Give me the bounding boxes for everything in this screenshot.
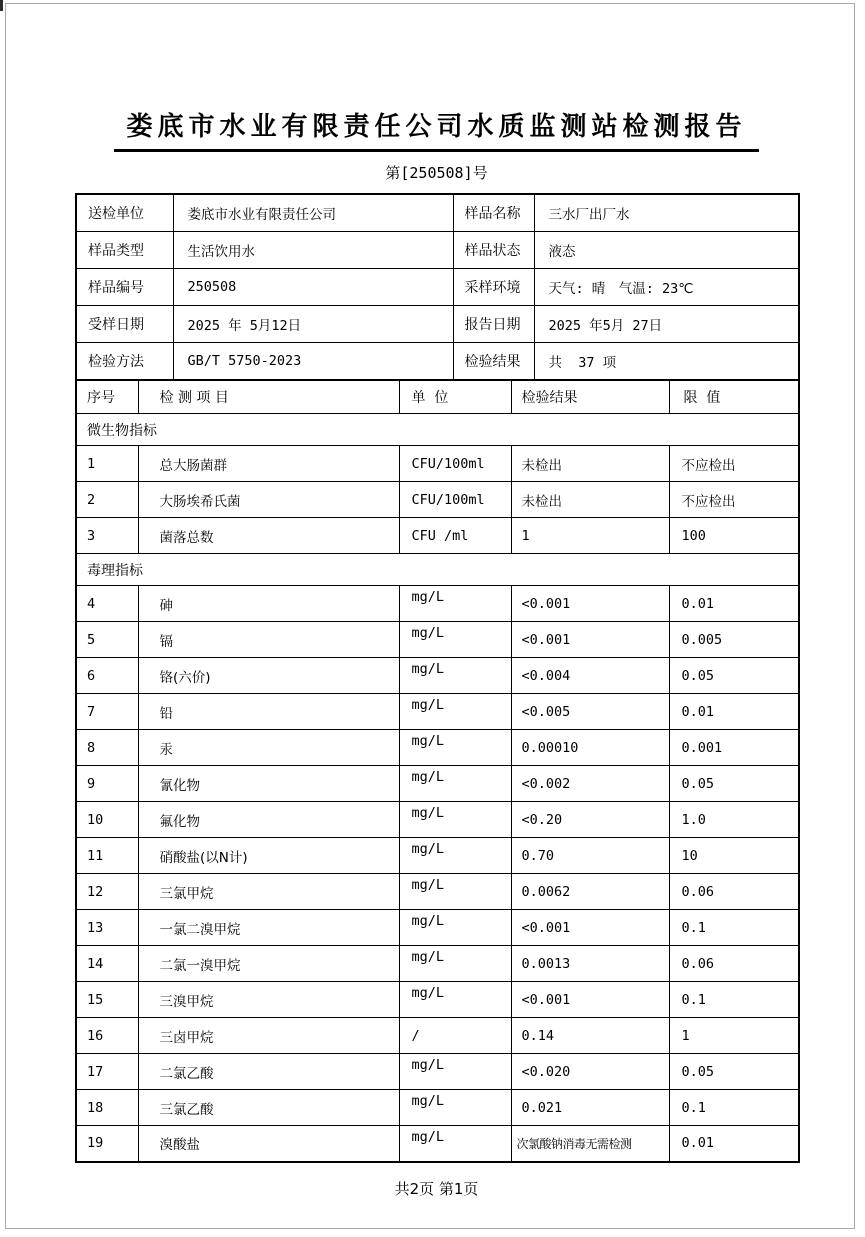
cell-result: 未检出 bbox=[511, 482, 669, 518]
result-row: 12三氯甲烷mg/L0.00620.06 bbox=[76, 874, 799, 910]
cell-limit: 0.001 bbox=[669, 730, 799, 766]
info-value: 液态 bbox=[534, 232, 799, 269]
section-label: 微生物指标 bbox=[76, 414, 799, 446]
cell-limit: 0.05 bbox=[669, 766, 799, 802]
cell-no: 15 bbox=[76, 982, 138, 1018]
info-value: 娄底市水业有限责任公司 bbox=[173, 194, 453, 232]
info-value: GB/T 5750-2023 bbox=[173, 343, 453, 381]
cell-unit: mg/L bbox=[399, 802, 511, 838]
cell-item: 氰化物 bbox=[138, 766, 399, 802]
cell-no: 7 bbox=[76, 694, 138, 730]
result-row: 2大肠埃希氏菌CFU/100ml未检出不应检出 bbox=[76, 482, 799, 518]
cell-no: 13 bbox=[76, 910, 138, 946]
info-value: 2025 年5月 27日 bbox=[534, 306, 799, 343]
result-row: 9氰化物mg/L<0.0020.05 bbox=[76, 766, 799, 802]
page-footer: 共2页 第1页 bbox=[75, 1178, 798, 1199]
cell-item: 三氯甲烷 bbox=[138, 874, 399, 910]
cell-item: 镉 bbox=[138, 622, 399, 658]
info-label: 报告日期 bbox=[453, 306, 534, 343]
info-label: 采样环境 bbox=[453, 269, 534, 306]
cell-unit: mg/L bbox=[399, 622, 511, 658]
cell-result: <0.001 bbox=[511, 586, 669, 622]
cell-limit: 0.05 bbox=[669, 658, 799, 694]
header-no: 序号 bbox=[76, 380, 138, 414]
info-label: 受样日期 bbox=[76, 306, 173, 343]
cell-unit: CFU /ml bbox=[399, 518, 511, 554]
info-label: 检验结果 bbox=[453, 343, 534, 381]
cell-unit: / bbox=[399, 1018, 511, 1054]
cell-unit: mg/L bbox=[399, 1126, 511, 1162]
result-row: 1总大肠菌群CFU/100ml未检出不应检出 bbox=[76, 446, 799, 482]
cell-limit: 10 bbox=[669, 838, 799, 874]
cell-unit: mg/L bbox=[399, 1090, 511, 1126]
cell-unit: mg/L bbox=[399, 838, 511, 874]
cell-unit: mg/L bbox=[399, 874, 511, 910]
cell-item: 汞 bbox=[138, 730, 399, 766]
results-header: 序号 检 测 项 目 单 位 检验结果 限 值 bbox=[76, 380, 799, 414]
info-row: 送检单位娄底市水业有限责任公司样品名称三水厂出厂水 bbox=[76, 194, 799, 232]
cell-no: 4 bbox=[76, 586, 138, 622]
info-value: 2025 年 5月12日 bbox=[173, 306, 453, 343]
results-table: 序号 检 测 项 目 单 位 检验结果 限 值 微生物指标1总大肠菌群CFU/1… bbox=[75, 379, 800, 1163]
cell-item: 硝酸盐(以N计) bbox=[138, 838, 399, 874]
cell-unit: CFU/100ml bbox=[399, 446, 511, 482]
cell-item: 溴酸盐 bbox=[138, 1126, 399, 1162]
info-row: 受样日期2025 年 5月12日报告日期2025 年5月 27日 bbox=[76, 306, 799, 343]
result-row: 8汞mg/L0.000100.001 bbox=[76, 730, 799, 766]
cell-result: 0.0062 bbox=[511, 874, 669, 910]
cell-item: 一氯二溴甲烷 bbox=[138, 910, 399, 946]
cell-no: 14 bbox=[76, 946, 138, 982]
cell-limit: 1 bbox=[669, 1018, 799, 1054]
cell-limit: 1.0 bbox=[669, 802, 799, 838]
info-row: 样品类型生活饮用水样品状态液态 bbox=[76, 232, 799, 269]
cell-limit: 0.005 bbox=[669, 622, 799, 658]
cell-item: 二氯一溴甲烷 bbox=[138, 946, 399, 982]
header-item: 检 测 项 目 bbox=[138, 380, 399, 414]
cell-limit: 0.01 bbox=[669, 1126, 799, 1162]
cell-unit: mg/L bbox=[399, 766, 511, 802]
cell-unit: mg/L bbox=[399, 910, 511, 946]
result-row: 15三溴甲烷mg/L<0.0010.1 bbox=[76, 982, 799, 1018]
cell-item: 总大肠菌群 bbox=[138, 446, 399, 482]
result-row: 19溴酸盐mg/L次氯酸钠消毒无需检测0.01 bbox=[76, 1126, 799, 1162]
info-value: 天气: 晴 气温: 23℃ bbox=[534, 269, 799, 306]
cell-limit: 0.01 bbox=[669, 586, 799, 622]
cell-limit: 不应检出 bbox=[669, 446, 799, 482]
cell-no: 8 bbox=[76, 730, 138, 766]
sample-info-body: 送检单位娄底市水业有限责任公司样品名称三水厂出厂水样品类型生活饮用水样品状态液态… bbox=[76, 194, 799, 380]
cell-item: 三氯乙酸 bbox=[138, 1090, 399, 1126]
cell-result: 0.00010 bbox=[511, 730, 669, 766]
cell-result: 0.70 bbox=[511, 838, 669, 874]
cell-limit: 0.1 bbox=[669, 1090, 799, 1126]
cell-result: 未检出 bbox=[511, 446, 669, 482]
cell-unit: mg/L bbox=[399, 586, 511, 622]
cell-result: 次氯酸钠消毒无需检测 bbox=[511, 1126, 669, 1162]
cell-no: 3 bbox=[76, 518, 138, 554]
cell-result: 0.0013 bbox=[511, 946, 669, 982]
cell-result: <0.004 bbox=[511, 658, 669, 694]
cell-no: 18 bbox=[76, 1090, 138, 1126]
cell-limit: 0.05 bbox=[669, 1054, 799, 1090]
info-label: 样品类型 bbox=[76, 232, 173, 269]
cell-limit: 0.01 bbox=[669, 694, 799, 730]
result-row: 7铅mg/L<0.0050.01 bbox=[76, 694, 799, 730]
cell-unit: mg/L bbox=[399, 982, 511, 1018]
cell-result: <0.20 bbox=[511, 802, 669, 838]
cell-unit: mg/L bbox=[399, 658, 511, 694]
cell-item: 砷 bbox=[138, 586, 399, 622]
cell-unit: mg/L bbox=[399, 1054, 511, 1090]
header-result: 检验结果 bbox=[511, 380, 669, 414]
info-value: 共 37 项 bbox=[534, 343, 799, 381]
result-row: 11硝酸盐(以N计)mg/L0.7010 bbox=[76, 838, 799, 874]
result-row: 3菌落总数CFU /ml1100 bbox=[76, 518, 799, 554]
cell-no: 10 bbox=[76, 802, 138, 838]
result-row: 6铬(六价)mg/L<0.0040.05 bbox=[76, 658, 799, 694]
cell-no: 17 bbox=[76, 1054, 138, 1090]
header-unit: 单 位 bbox=[399, 380, 511, 414]
cell-unit: mg/L bbox=[399, 730, 511, 766]
result-row: 18三氯乙酸mg/L0.0210.1 bbox=[76, 1090, 799, 1126]
header-limit: 限 值 bbox=[669, 380, 799, 414]
cell-result: <0.020 bbox=[511, 1054, 669, 1090]
cell-item: 铅 bbox=[138, 694, 399, 730]
info-label: 样品编号 bbox=[76, 269, 173, 306]
cell-result: <0.001 bbox=[511, 622, 669, 658]
scan-artifact bbox=[0, 0, 3, 11]
cell-limit: 100 bbox=[669, 518, 799, 554]
cell-limit: 0.06 bbox=[669, 874, 799, 910]
cell-limit: 0.1 bbox=[669, 910, 799, 946]
result-row: 14二氯一溴甲烷mg/L0.00130.06 bbox=[76, 946, 799, 982]
results-body: 微生物指标1总大肠菌群CFU/100ml未检出不应检出2大肠埃希氏菌CFU/10… bbox=[76, 414, 799, 1162]
cell-result: 0.021 bbox=[511, 1090, 669, 1126]
cell-result: <0.002 bbox=[511, 766, 669, 802]
cell-no: 16 bbox=[76, 1018, 138, 1054]
cell-unit: mg/L bbox=[399, 946, 511, 982]
cell-no: 19 bbox=[76, 1126, 138, 1162]
cell-result: <0.001 bbox=[511, 910, 669, 946]
section-label: 毒理指标 bbox=[76, 554, 799, 586]
results-header-row: 序号 检 测 项 目 单 位 检验结果 限 值 bbox=[76, 380, 799, 414]
result-row: 13一氯二溴甲烷mg/L<0.0010.1 bbox=[76, 910, 799, 946]
cell-no: 2 bbox=[76, 482, 138, 518]
cell-no: 9 bbox=[76, 766, 138, 802]
cell-item: 菌落总数 bbox=[138, 518, 399, 554]
cell-result: 1 bbox=[511, 518, 669, 554]
cell-result: <0.005 bbox=[511, 694, 669, 730]
cell-no: 12 bbox=[76, 874, 138, 910]
cell-result: <0.001 bbox=[511, 982, 669, 1018]
report-number: 第[250508]号 bbox=[75, 162, 798, 183]
result-row: 5镉mg/L<0.0010.005 bbox=[76, 622, 799, 658]
cell-item: 氟化物 bbox=[138, 802, 399, 838]
cell-item: 二氯乙酸 bbox=[138, 1054, 399, 1090]
section-row: 微生物指标 bbox=[76, 414, 799, 446]
title-row: 娄底市水业有限责任公司水质监测站检测报告 bbox=[75, 106, 798, 152]
cell-no: 11 bbox=[76, 838, 138, 874]
result-row: 16三卤甲烷/0.141 bbox=[76, 1018, 799, 1054]
cell-no: 1 bbox=[76, 446, 138, 482]
info-label: 样品状态 bbox=[453, 232, 534, 269]
report-title: 娄底市水业有限责任公司水质监测站检测报告 bbox=[114, 106, 758, 152]
result-row: 17二氯乙酸mg/L<0.0200.05 bbox=[76, 1054, 799, 1090]
sample-info-table: 送检单位娄底市水业有限责任公司样品名称三水厂出厂水样品类型生活饮用水样品状态液态… bbox=[75, 193, 800, 381]
info-label: 样品名称 bbox=[453, 194, 534, 232]
cell-no: 6 bbox=[76, 658, 138, 694]
result-row: 4砷mg/L<0.0010.01 bbox=[76, 586, 799, 622]
info-row: 检验方法GB/T 5750-2023检验结果共 37 项 bbox=[76, 343, 799, 381]
cell-limit: 不应检出 bbox=[669, 482, 799, 518]
cell-unit: mg/L bbox=[399, 694, 511, 730]
cell-result: 0.14 bbox=[511, 1018, 669, 1054]
info-label: 送检单位 bbox=[76, 194, 173, 232]
cell-unit: CFU/100ml bbox=[399, 482, 511, 518]
cell-item: 三溴甲烷 bbox=[138, 982, 399, 1018]
cell-item: 铬(六价) bbox=[138, 658, 399, 694]
cell-no: 5 bbox=[76, 622, 138, 658]
cell-limit: 0.06 bbox=[669, 946, 799, 982]
info-value: 生活饮用水 bbox=[173, 232, 453, 269]
result-row: 10氟化物mg/L<0.201.0 bbox=[76, 802, 799, 838]
info-row: 样品编号250508采样环境天气: 晴 气温: 23℃ bbox=[76, 269, 799, 306]
section-row: 毒理指标 bbox=[76, 554, 799, 586]
info-value: 250508 bbox=[173, 269, 453, 306]
cell-item: 大肠埃希氏菌 bbox=[138, 482, 399, 518]
report-page: 娄底市水业有限责任公司水质监测站检测报告 第[250508]号 送检单位娄底市水… bbox=[75, 0, 798, 1199]
cell-limit: 0.1 bbox=[669, 982, 799, 1018]
info-label: 检验方法 bbox=[76, 343, 173, 381]
cell-item: 三卤甲烷 bbox=[138, 1018, 399, 1054]
info-value: 三水厂出厂水 bbox=[534, 194, 799, 232]
